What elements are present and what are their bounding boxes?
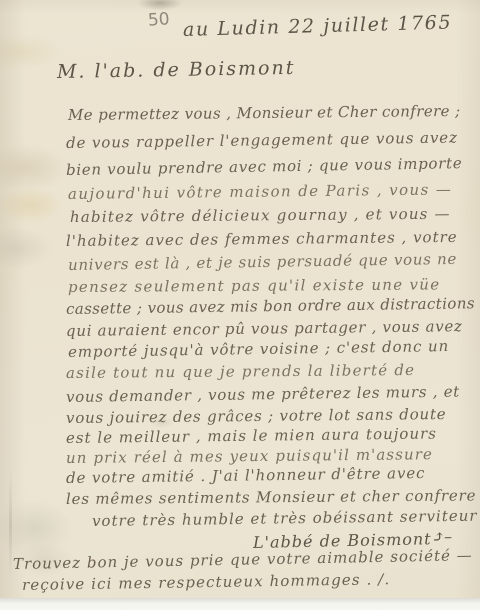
dateline: au Ludin 22 juillet 1765 — [183, 11, 453, 41]
postscript-line: Trouvez bon je vous prie que votre aimab… — [13, 546, 473, 573]
letter-line: les mêmes sentiments Monsieur et cher co… — [66, 486, 476, 508]
paper-sheet: 50 au Ludin 22 juillet 1765 M. l'ab. de … — [0, 0, 480, 598]
paper-crease — [9, 470, 12, 580]
letter-line: asile tout nu que je prends la liberté d… — [66, 361, 415, 382]
scanned-letter: 50 au Ludin 22 juillet 1765 M. l'ab. de … — [0, 0, 480, 610]
postscript-line: reçoive ici mes respectueux hommages . /… — [22, 570, 391, 594]
letter-line: de vous rappeller l'engagement que vous … — [66, 129, 458, 152]
letter-line: aujourd'hui vôtre maison de Paris , vous… — [68, 180, 452, 203]
letter-line: bien voulu prendre avec moi ; que vous i… — [66, 154, 463, 179]
letter-line: l'habitez avec des femmes charmantes , v… — [66, 228, 458, 250]
letter-line: pensez seulement pas qu'il existe une vü… — [68, 275, 441, 296]
letter-line: vous demander , vous me prêterez les mur… — [66, 383, 460, 406]
letter-line: de votre amitié . J'ai l'honneur d'être … — [66, 464, 426, 487]
letter-line: univers est là , et je suis persuadé que… — [68, 250, 457, 274]
letter-line: emporté jusqu'à vôtre voisine ; c'est do… — [68, 337, 449, 361]
closing-line: votre très humble et très obéissant serv… — [92, 507, 478, 530]
letter-line: Me permettez vous , Monsieur et Cher con… — [68, 102, 461, 124]
docket-line: M. l'ab. de Boismont — [57, 57, 296, 83]
letter-line: habitez vôtre délicieux gournay , et vou… — [70, 205, 451, 226]
letter-line: vous jouirez des grâces ; votre lot sans… — [66, 405, 447, 427]
letter-line: cassette ; vous avez mis bon ordre aux d… — [66, 294, 475, 318]
letter-line: qui auraient encor pû vous partager , vo… — [66, 317, 463, 340]
scanner-background-strip — [0, 598, 480, 610]
letter-line: est le meilleur , mais le mien aura touj… — [66, 424, 437, 447]
pencil-number: 50 — [147, 9, 170, 30]
signature-flourish: ⤴– — [431, 527, 451, 546]
